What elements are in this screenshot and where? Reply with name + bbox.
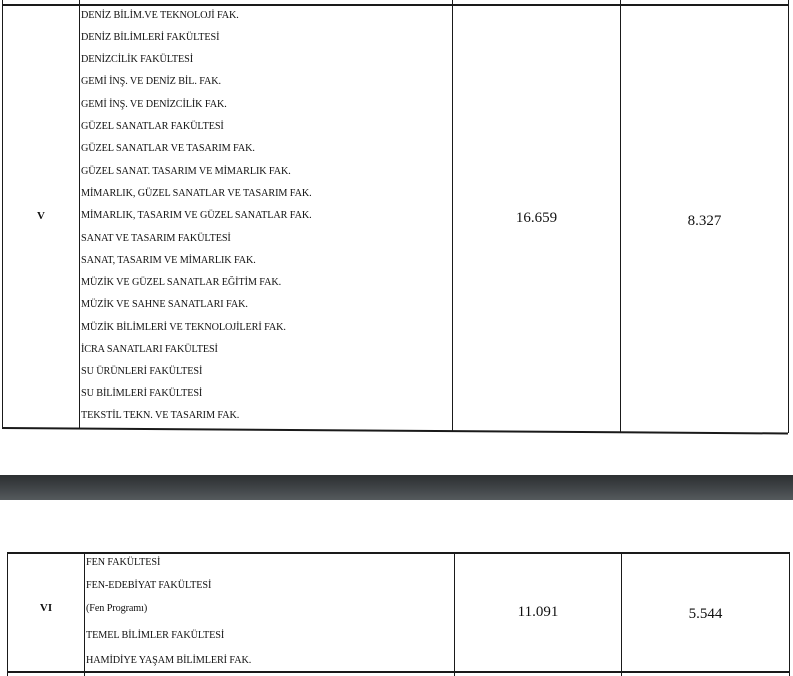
faculty-item: SU BİLİMLERİ FAKÜLTESİ bbox=[81, 388, 202, 400]
page-separator bbox=[0, 475, 793, 500]
quota-value-1: 11.091 bbox=[455, 604, 621, 621]
faculty-item: FEN FAKÜLTESİ bbox=[86, 557, 160, 569]
faculty-item: MÜZİK VE GÜZEL SANATLAR EĞİTİM FAK. bbox=[81, 277, 281, 289]
table-border-right bbox=[789, 552, 790, 676]
faculty-item: MİMARLIK, TASARIM VE GÜZEL SANATLAR FAK. bbox=[81, 210, 312, 222]
faculty-item: TEMEL BİLİMLER FAKÜLTESİ bbox=[86, 630, 224, 642]
faculty-item: HAMİDİYE YAŞAM BİLİMLERİ FAK. bbox=[86, 655, 251, 667]
quota-value-1: 16.659 bbox=[453, 210, 620, 227]
faculty-item: TEKSTİL TEKN. VE TASARIM FAK. bbox=[81, 410, 239, 422]
faculty-item: DENİZ BİLİMLERİ FAKÜLTESİ bbox=[81, 32, 219, 44]
faculty-item: GÜZEL SANATLAR VE TASARIM FAK. bbox=[81, 143, 255, 155]
table-border-top bbox=[7, 552, 789, 554]
faculty-item: GEMİ İNŞ. VE DENİZCİLİK FAK. bbox=[81, 99, 227, 111]
faculty-item: (Fen Programı) bbox=[86, 603, 147, 615]
table-border-bottom bbox=[2, 427, 788, 434]
quota-value-2: 8.327 bbox=[621, 213, 788, 230]
faculty-item: MÜZİK VE SAHNE SANATLARI FAK. bbox=[81, 299, 248, 311]
document-page: V DENİZ BİLİM.VE TEKNOLOJİ FAK.DENİZ BİL… bbox=[0, 0, 793, 676]
faculty-item: GEMİ İNŞ. VE DENİZ BİL. FAK. bbox=[81, 76, 221, 88]
quota-value-2: 5.544 bbox=[622, 606, 789, 623]
faculty-item: MİMARLIK, GÜZEL SANATLAR VE TASARIM FAK. bbox=[81, 188, 312, 200]
faculty-item: İCRA SANATLARI FAKÜLTESİ bbox=[81, 344, 218, 356]
faculty-item: SANAT, TASARIM VE MİMARLIK FAK. bbox=[81, 255, 256, 267]
faculty-item: GÜZEL SANATLAR FAKÜLTESİ bbox=[81, 121, 224, 133]
table-border-right bbox=[788, 0, 789, 433]
faculty-item: MÜZİK BİLİMLERİ VE TEKNOLOJİLERİ FAK. bbox=[81, 322, 286, 334]
faculty-item: FEN-EDEBİYAT FAKÜLTESİ bbox=[86, 580, 211, 592]
group-label: VI bbox=[8, 602, 84, 614]
group-label: V bbox=[3, 210, 79, 222]
faculty-item: SU ÜRÜNLERİ FAKÜLTESİ bbox=[81, 366, 202, 378]
faculty-item: SANAT VE TASARIM FAKÜLTESİ bbox=[81, 233, 231, 245]
table-border-top bbox=[2, 4, 788, 6]
faculty-item: GÜZEL SANAT. TASARIM VE MİMARLIK FAK. bbox=[81, 166, 291, 178]
table-border-bottom bbox=[7, 671, 789, 673]
faculty-item: DENİZ BİLİM.VE TEKNOLOJİ FAK. bbox=[81, 10, 239, 22]
faculty-item: DENİZCİLİK FAKÜLTESİ bbox=[81, 54, 193, 66]
table-border-left bbox=[7, 552, 8, 676]
